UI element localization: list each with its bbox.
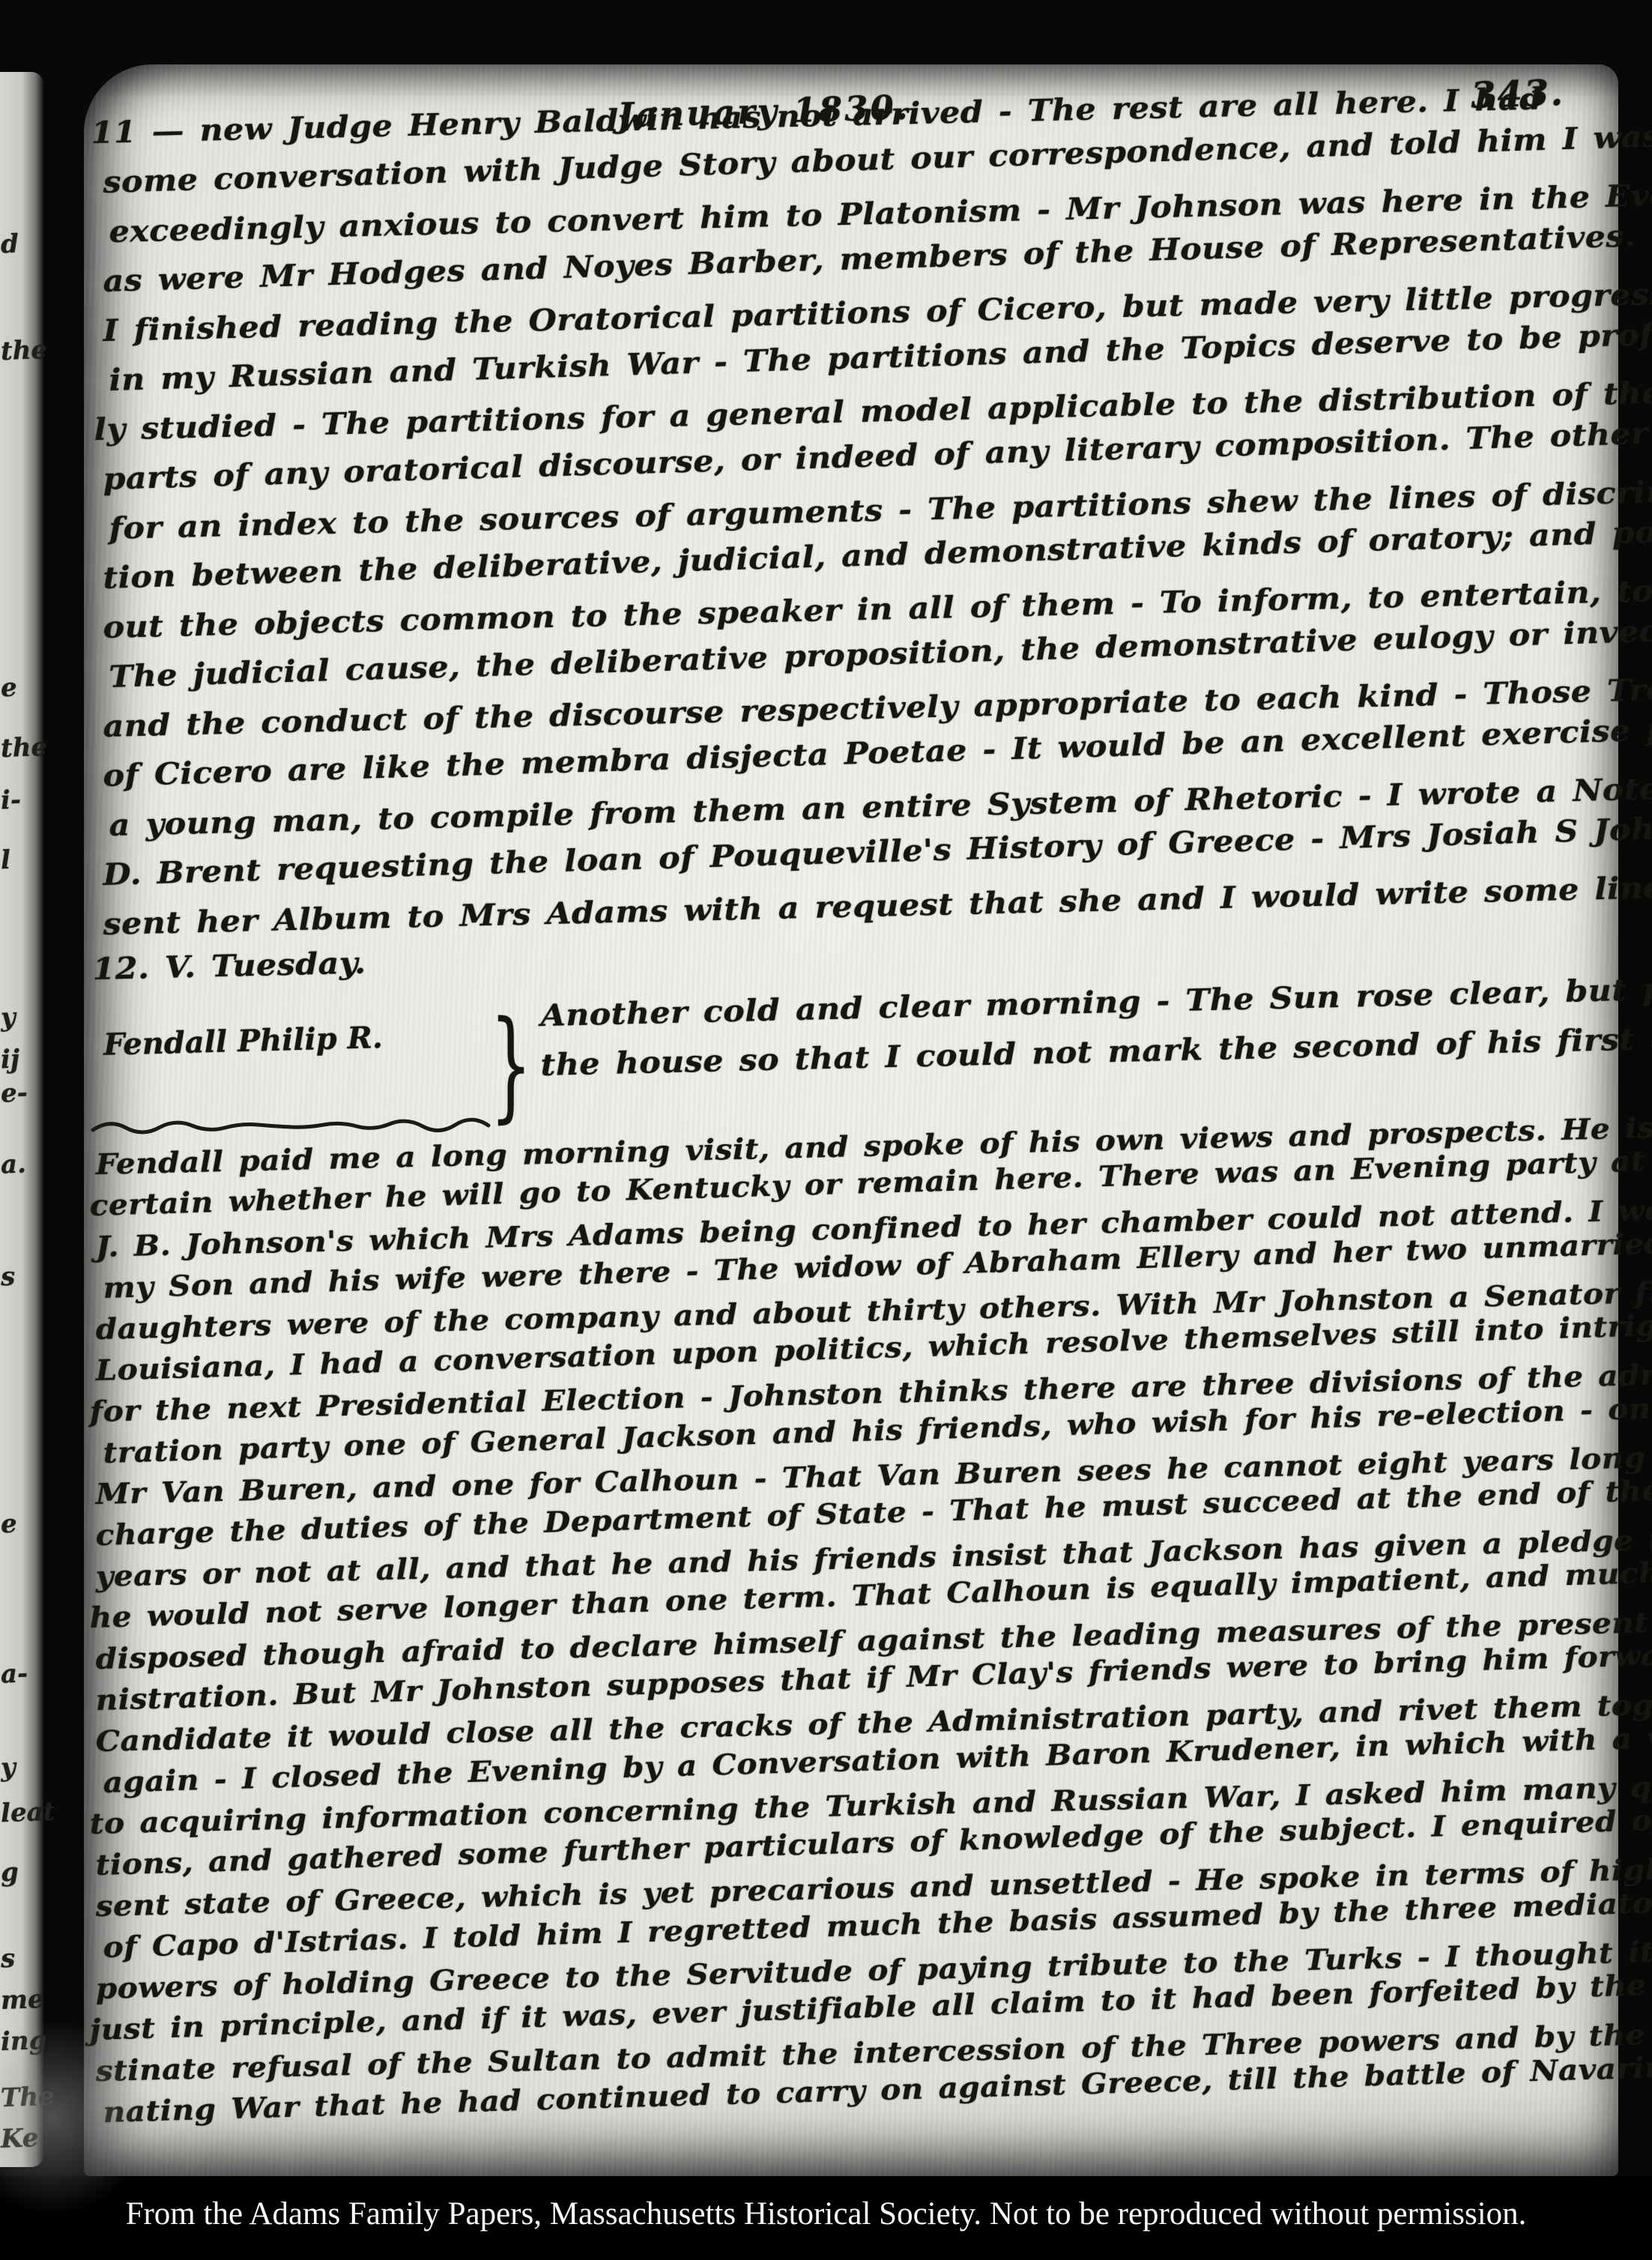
gutter-fragment: s: [0, 1944, 16, 1975]
gutter-fragment: ing: [0, 2025, 47, 2057]
left-page-sliver: dtheethei-lyije-a.sea-yleatgsmeingTheKe: [0, 72, 43, 2167]
paper: 343. January 1830. 11 — new Judge Henry …: [84, 64, 1618, 2176]
gutter-fragment: e: [0, 1509, 17, 1540]
inset-lines: Another cold and clear morning - The Sun…: [541, 1000, 1652, 1099]
gutter-fragment: a-: [0, 1658, 28, 1689]
gutter-fragment: y: [0, 1753, 16, 1783]
gutter-fragment: i-: [0, 785, 21, 816]
entry-12: Fendall paid me a long morning visit, an…: [96, 1149, 1603, 2138]
gutter-fragment: e: [0, 673, 17, 704]
gutter-fragment: me: [0, 1984, 44, 2016]
gutter-fragment: a.: [0, 1149, 26, 1179]
gutter-fragment: g: [0, 1858, 19, 1888]
gutter-fragment: s: [0, 1262, 16, 1293]
margin-brace: }: [490, 995, 532, 1134]
gutter-fragment: ij: [0, 1045, 20, 1075]
footer-credit-bar: From the Adams Family Papers, Massachuse…: [0, 2176, 1652, 2260]
gutter-fragment: e-: [0, 1078, 28, 1108]
scan-page: dtheethei-lyije-a.sea-yleatgsmeingTheKe …: [0, 0, 1652, 2260]
gutter-fragment: the: [0, 732, 47, 764]
gutter-fragment: Ke: [0, 2123, 39, 2154]
gutter-fragment: The: [0, 2082, 55, 2113]
gutter-fragment: d: [0, 229, 19, 260]
margin-note: Fendall Philip R.: [103, 1022, 493, 1057]
entry-11: 11 — new Judge Henry Baldwin has not arr…: [103, 117, 1596, 958]
squiggle-underline: [90, 1117, 509, 1137]
gutter-fragment: leat: [0, 1797, 55, 1828]
margin-note-name: Fendall Philip R.: [103, 1017, 493, 1063]
footer-credit: From the Adams Family Papers, Massachuse…: [0, 2196, 1652, 2232]
gutter-fragment: y: [0, 1003, 16, 1033]
gutter-fragment: l: [0, 845, 10, 875]
date-line: 12. V. Tuesday.: [92, 946, 366, 1003]
gutter-fragment: the: [0, 335, 47, 366]
